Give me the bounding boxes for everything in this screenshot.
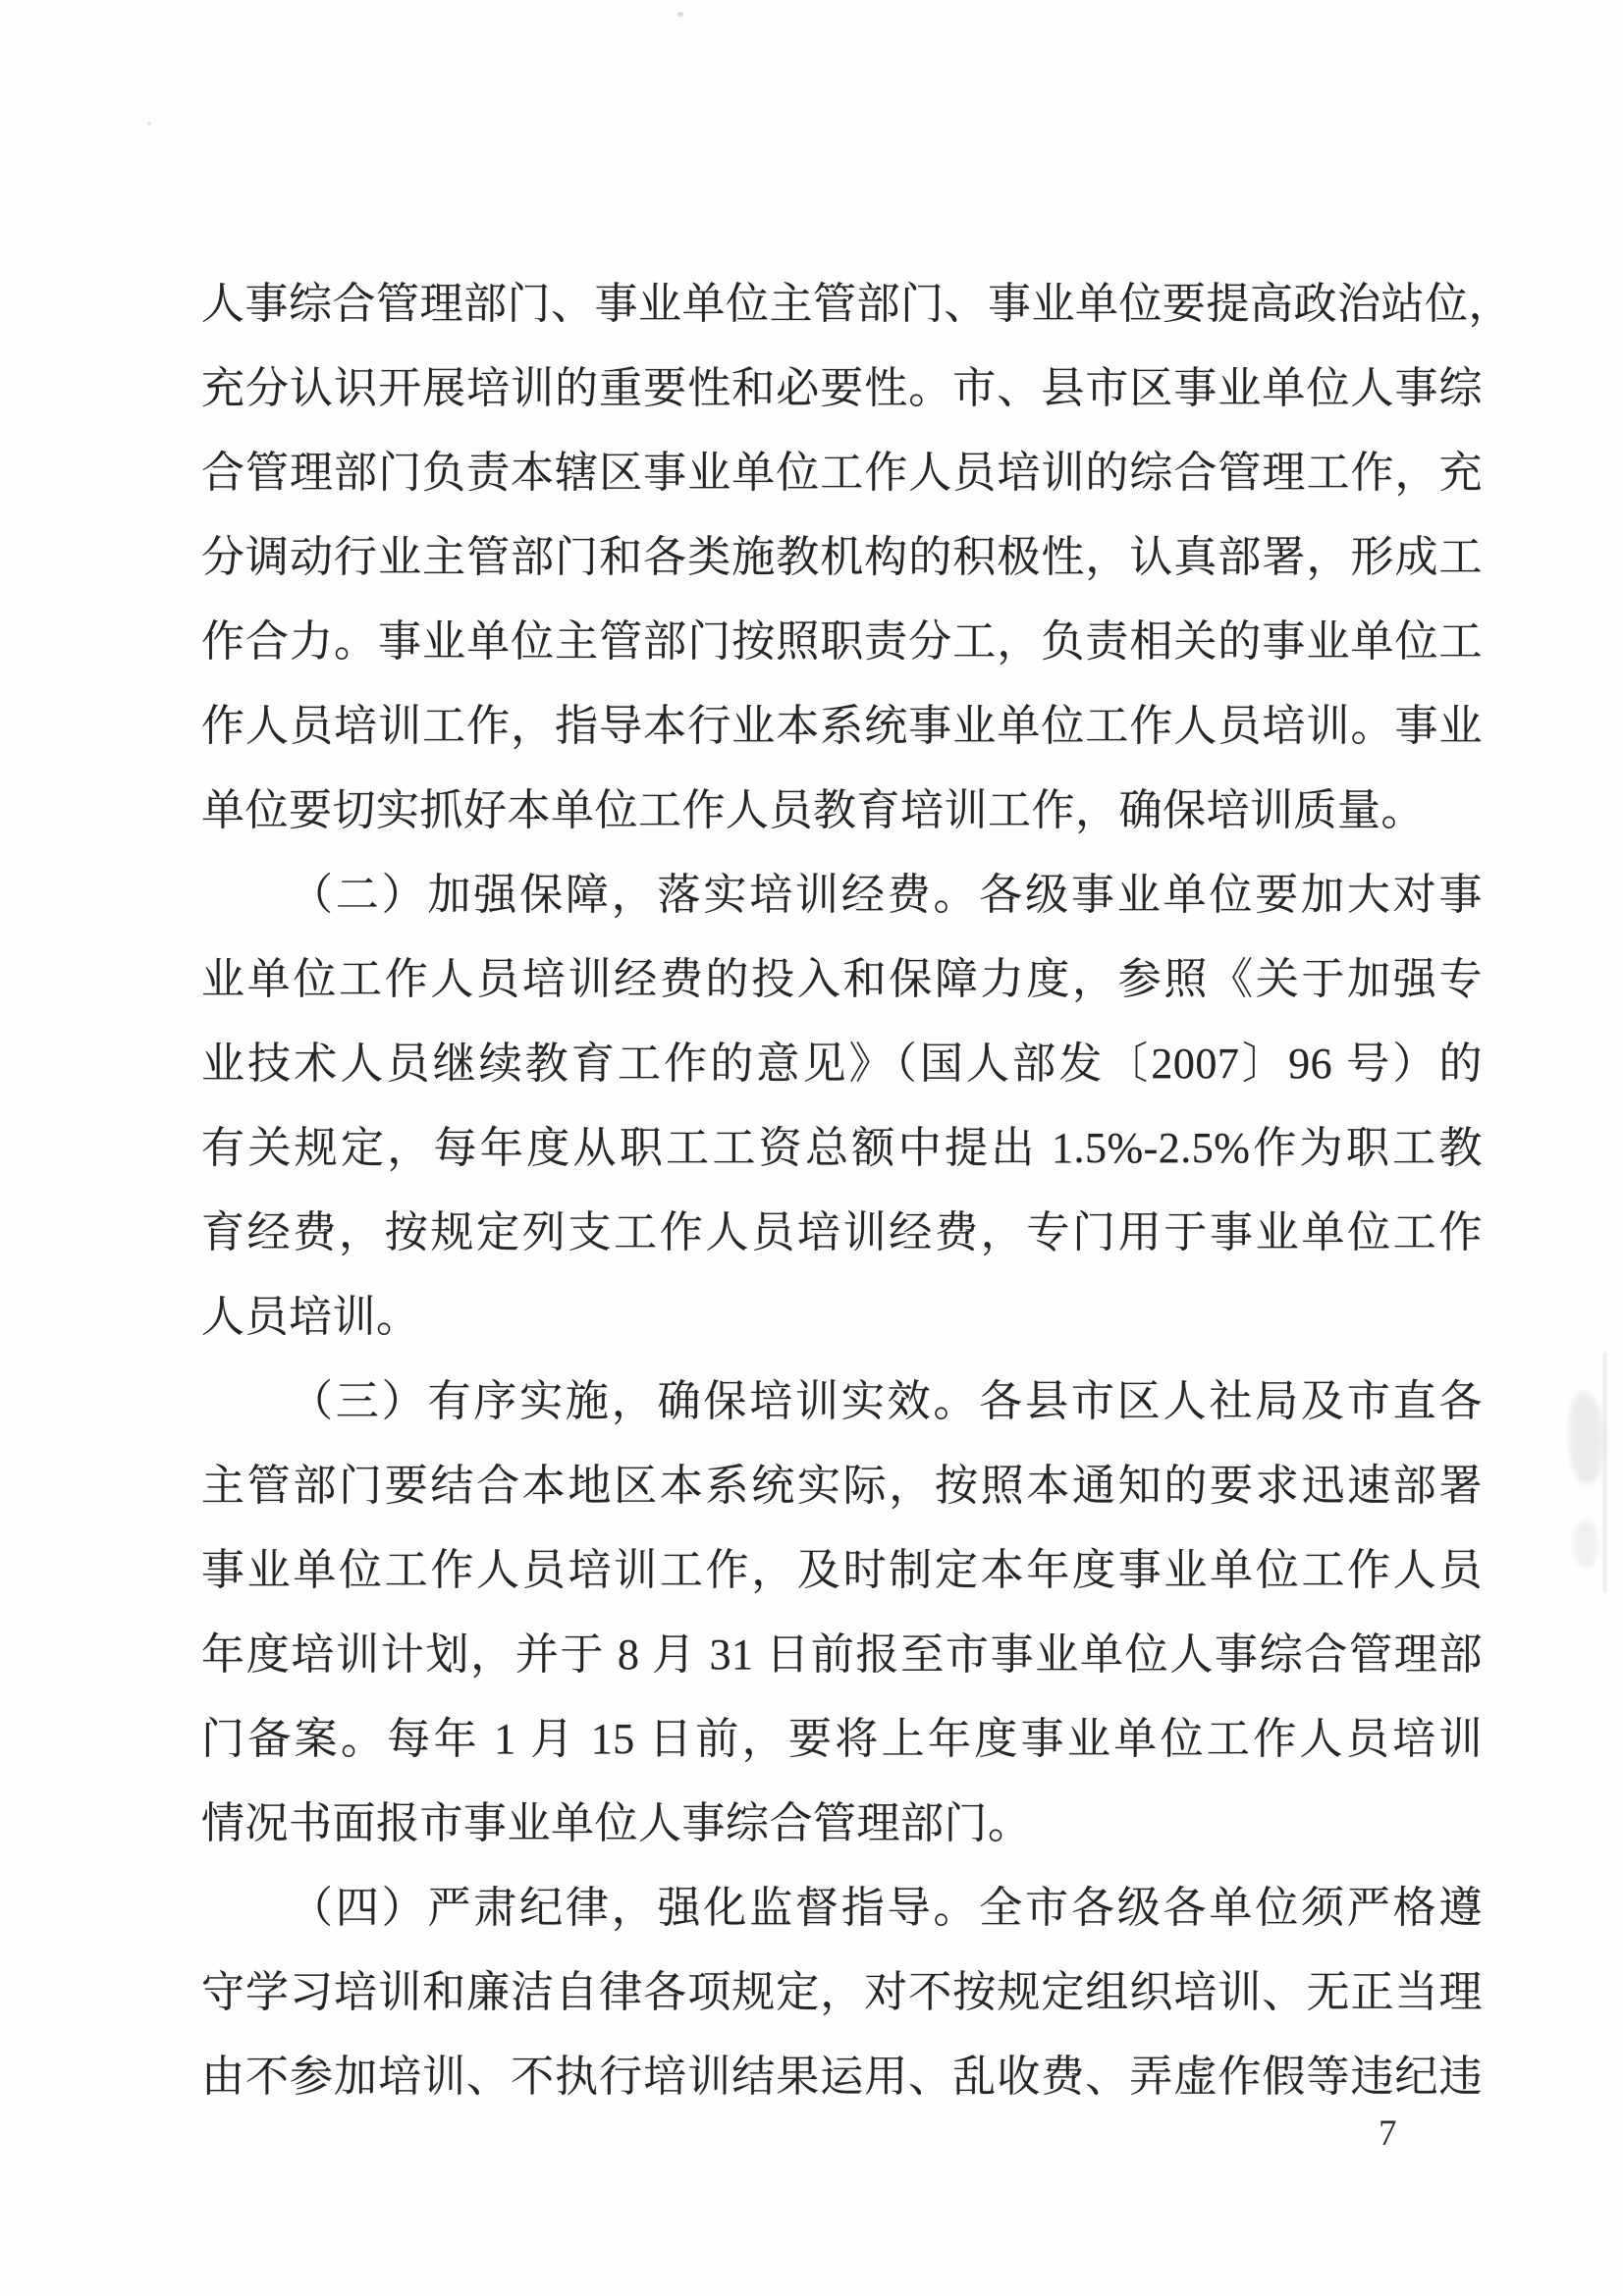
text-line: 人员培训。 bbox=[201, 1275, 1483, 1360]
text-line: 作合力。事业单位主管部门按照职责分工，负责相关的事业单位工 bbox=[201, 600, 1483, 684]
text-line: 守学习培训和廉洁自律各项规定，对不按规定组织培训、无正当理 bbox=[201, 1950, 1483, 2035]
text-line: 情况书面报市事业单位人事综合管理部门。 bbox=[201, 1782, 1483, 1866]
text-line: 作人员培训工作，指导本行业本系统事业单位工作人员培训。事业 bbox=[201, 684, 1483, 769]
text-line: （三）有序实施，确保培训实效。各县市区人社局及市直各 bbox=[201, 1360, 1483, 1444]
scan-speck bbox=[147, 122, 151, 126]
paragraph-4-item-four: （四）严肃纪律，强化监督指导。全市各级各单位须严格遵守学习培训和廉洁自律各项规定… bbox=[201, 1866, 1483, 2119]
paragraph-2-item-two: （二）加强保障，落实培训经费。各级事业单位要加大对事业单位工作人员培训经费的投入… bbox=[201, 853, 1483, 1360]
scan-speck bbox=[677, 12, 683, 17]
text-line: 充分认识开展培训的重要性和必要性。市、县市区事业单位人事综 bbox=[201, 347, 1483, 431]
text-line: 业单位工作人员培训经费的投入和保障力度，参照《关于加强专 bbox=[201, 937, 1483, 1022]
text-line: 分调动行业主管部门和各类施教机构的积极性，认真部署，形成工 bbox=[201, 515, 1483, 600]
text-line: 有关规定，每年度从职工工资总额中提出 1.5%-2.5%作为职工教 bbox=[201, 1106, 1483, 1191]
scan-streak bbox=[1603, 1353, 1606, 1592]
document-page: 人事综合管理部门、事业单位主管部门、事业单位要提高政治站位，充分认识开展培训的重… bbox=[0, 0, 1623, 2296]
text-line: 育经费，按规定列支工作人员培训经费，专门用于事业单位工作 bbox=[201, 1191, 1483, 1275]
text-line: 门备案。每年 1 月 15 日前，要将上年度事业单位工作人员培训 bbox=[201, 1697, 1483, 1782]
scan-smudge bbox=[1569, 1392, 1604, 1484]
text-line: （四）严肃纪律，强化监督指导。全市各级各单位须严格遵 bbox=[201, 1866, 1483, 1950]
text-line: 由不参加培训、不执行培训结果运用、乱收费、弄虚作假等违纪违 bbox=[201, 2035, 1483, 2119]
text-line: 事业单位工作人员培训工作，及时制定本年度事业单位工作人员 bbox=[201, 1528, 1483, 1613]
scan-smudge bbox=[1573, 1520, 1598, 1569]
text-line: 单位要切实抓好本单位工作人员教育培训工作，确保培训质量。 bbox=[201, 769, 1483, 853]
text-line: 合管理部门负责本辖区事业单位工作人员培训的综合管理工作，充 bbox=[201, 431, 1483, 515]
text-line: 年度培训计划，并于 8 月 31 日前报至市事业单位人事综合管理部 bbox=[201, 1613, 1483, 1697]
document-body: 人事综合管理部门、事业单位主管部门、事业单位要提高政治站位，充分认识开展培训的重… bbox=[201, 262, 1483, 2119]
text-line: 业技术人员继续教育工作的意见》（国人部发〔2007〕96 号）的 bbox=[201, 1022, 1483, 1106]
text-line: 人事综合管理部门、事业单位主管部门、事业单位要提高政治站位， bbox=[201, 262, 1483, 347]
text-line: 主管部门要结合本地区本系统实际，按照本通知的要求迅速部署 bbox=[201, 1444, 1483, 1528]
paragraph-1-continued-from-previous-page: 人事综合管理部门、事业单位主管部门、事业单位要提高政治站位，充分认识开展培训的重… bbox=[201, 262, 1483, 853]
text-line: （二）加强保障，落实培训经费。各级事业单位要加大对事 bbox=[201, 853, 1483, 937]
paragraph-3-item-three: （三）有序实施，确保培训实效。各县市区人社局及市直各主管部门要结合本地区本系统实… bbox=[201, 1360, 1483, 1866]
page-number: 7 bbox=[1379, 2112, 1437, 2156]
